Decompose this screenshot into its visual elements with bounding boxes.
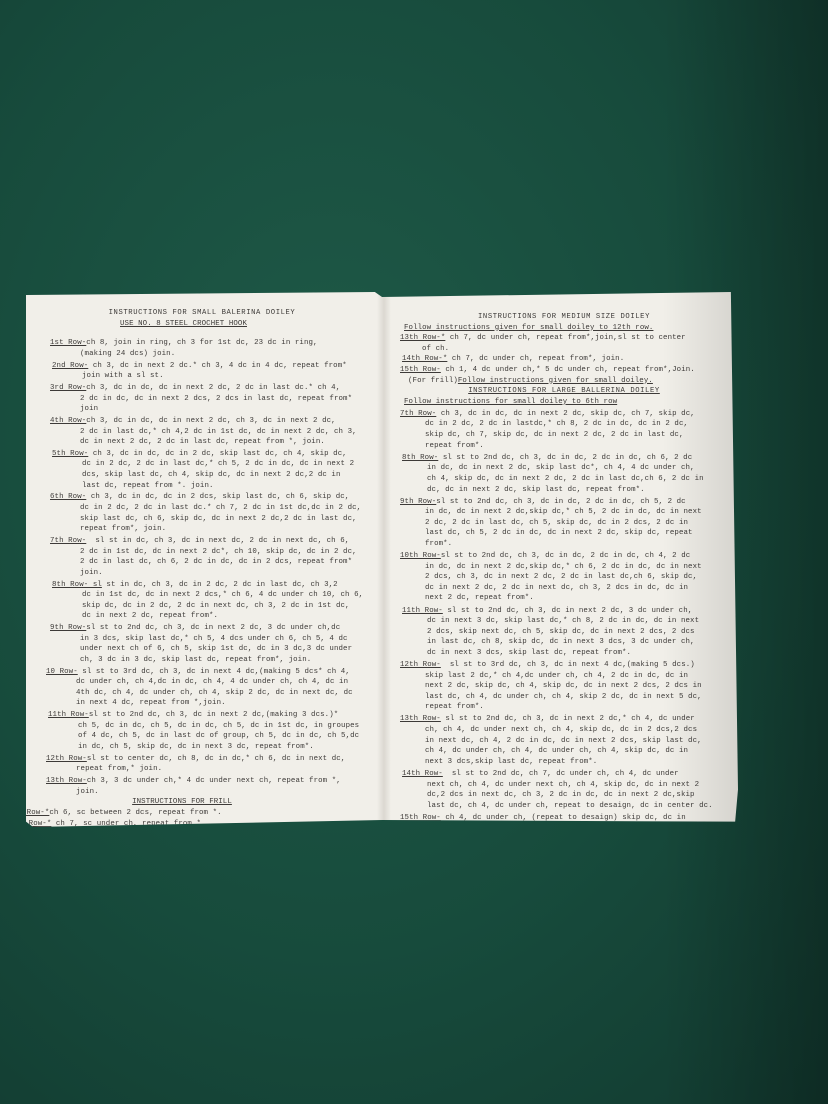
row-label: 7th Row- [50, 537, 86, 545]
instruction-row: 9th Row-sl st to 2nd dc, ch 3, dc in dc,… [400, 497, 738, 550]
row-continuation: skip dc, ch 7, skip dc, dc in next 2 dc,… [425, 430, 738, 441]
row-label: 7th Row- [400, 410, 436, 418]
row-label: 15th Row- [400, 814, 441, 822]
row-label: 3rd Row- [50, 384, 86, 392]
row-continuation: next 2 dc, 2 dc in next dc,ch 3, 2 dc un… [425, 823, 738, 834]
row-continuation: dc in next 2 dc, 2 dc in next dc, ch 3, … [425, 583, 738, 594]
row-text: ch 6, sc between 2 dcs, repeat from *. [49, 809, 221, 817]
row-continuation: last dc, ch 4, dc under ch, ch 4, skip 2… [425, 692, 738, 703]
row-label: 14th Row-* [402, 355, 447, 363]
instruction-row: 12th Row- sl st to 3rd dc, ch 3, dc in n… [400, 660, 738, 713]
instruction-row: 3rd Row-ch 3, dc in dc, dc in next 2 dc,… [50, 383, 378, 415]
row-continuation: join [80, 404, 378, 415]
medium-intro: Follow instructions given for small doil… [404, 324, 653, 332]
instruction-row: 10th Row-sl st to 2nd dc, ch 3, dc in dc… [400, 551, 738, 604]
row-text: ch 3, dc in dc, dc in next 2 dc, skip dc… [436, 410, 695, 418]
row-continuation: 4th dc, ch 4, dc under ch, ch 4, skip 2 … [76, 688, 378, 699]
row-continuation: dc, dc in next 2 dc, skip last dc, repea… [427, 485, 738, 496]
instruction-row: 8th Row- sl st in dc, ch 3, dc in 2 dc, … [52, 580, 378, 622]
row-continuation: dc under ch, ch 4,dc in dc, ch 4, 4 dc u… [76, 677, 378, 688]
row-label: 13th Row- [46, 777, 87, 785]
row-continuation: in next dc, ch 4, 2 dc in dc, dc in next… [425, 736, 738, 747]
row-continuation: thread. [54, 861, 378, 872]
row-text: sl st to 2nd dc, ch 3, dc in next 2 dc,(… [89, 711, 338, 719]
instruction-row: 14th Row- sl st to 2nd dc, ch 7, dc unde… [402, 769, 738, 811]
row-text: ch 7, dc under ch, repeat from*,join,sl … [445, 334, 685, 342]
row-continuation: in 3 dcs, skip last dc,* ch 5, 4 dcs und… [80, 634, 378, 645]
row-continuation: 2 dcs, ch 3, dc in next 2 dc, 2 dc in la… [425, 572, 738, 583]
row-label: 20th Row to 22nd row-* [6, 851, 106, 859]
row-continuation: in dc, ch 5, skip dc, dc in next 3 dc, r… [78, 742, 378, 753]
row-continuation: dc in next 3 dcs, skip last dc, repeat f… [427, 648, 738, 659]
row-continuation: last dc, ch 5, 2 dc in dc, dc in next 2 … [425, 528, 738, 539]
row-text: sl st to 2nd dc, ch 3, dc in next 2 dc, … [86, 624, 340, 632]
row-continuation: 3 dc under ch, dc in next 3 dcs, skip la… [421, 857, 738, 868]
row-continuation: dc in next 2 dc, 2 dc in last dc, repeat… [80, 437, 378, 448]
row-continuation: 2 dc in dc, dc in next 2 dcs, 2 dcs in l… [80, 394, 378, 405]
row-text: sl st to 3rd dc, ch 3, dc in next 4 dc,(… [441, 661, 695, 669]
row-continuation: in next 4 dc, repeat from *,join. [76, 698, 378, 709]
row-text: sl st to center dc, ch 8, dc in dc,* ch … [87, 755, 346, 763]
row-text: ch 4, dc under ch, (repear to desaign)sk… [437, 847, 705, 855]
row-text: ch 3, dc in dc, dc in 2 dcs, skip last d… [86, 493, 349, 501]
row-continuation: dc in 2 dc, 2 dc in last dc,* ch 5, 2 dc… [82, 459, 378, 470]
row-label: 14th Row-* [4, 809, 49, 817]
instruction-row: 10 Row- sl st to 3rd dc, ch 3, dc in nex… [46, 667, 378, 709]
row-label: 12th Row- [400, 661, 441, 669]
row-label: 5th Row- [52, 450, 88, 458]
instruction-row: 11th Row-sl st to 2nd dc, ch 3, dc in ne… [48, 710, 378, 752]
row-continuation: dc in next 2 dc, repeat from*. [82, 611, 378, 622]
row-text: sl st to 2nd dc, ch 3, dc in dc, 2 dc in… [438, 454, 692, 462]
row-label: 16th Row- [396, 847, 437, 855]
row-continuation: 2 dc in last dc,* ch 4,2 dc in 1st dc, d… [80, 427, 378, 438]
row-continuation: join with a sl st. [82, 371, 378, 382]
row-continuation: dc in 2 dc, 2 dc in lastdc,* ch 8, 2 dc … [425, 419, 738, 430]
instruction-row: 16th Row- ch 4, dc under ch, (repear to … [396, 846, 738, 878]
row-continuation: last dc, ch 4, dc under ch, repeat to de… [427, 801, 738, 812]
row-label: 8th Row- sl [52, 581, 102, 589]
row-text: sl st to 3rd dc, ch 3, dc in next 4 dc,(… [78, 668, 350, 676]
row-text: ch 7, sc under ch, repeat from *. [51, 820, 205, 828]
frill-heading: INSTRUCTIONS FOR FRILL [132, 798, 232, 806]
row-continuation: next ch, ch 4, dc under next ch, ch 4, s… [427, 780, 738, 791]
instruction-row: 9th Row-sl st to 2nd dc, ch 3, dc in nex… [50, 623, 378, 665]
frill-note-prefix: (For frill) [408, 377, 458, 385]
row-label: 18th Row to 19th row-* [4, 841, 104, 849]
instruction-row: 8th Row- sl st to 2nd dc, ch 3, dc in dc… [402, 453, 738, 495]
instruction-row: 12th Row-sl st to center dc, ch 8, dc in… [46, 754, 378, 775]
instruction-row: 14th Row-* ch 7, dc under ch, repeat fro… [402, 354, 738, 365]
row-continuation: from*. [425, 539, 738, 550]
left-page: INSTRUCTIONS FOR SMALL BALERINA DOILEY U… [26, 292, 378, 872]
row-continuation: in dc, dc in next 2 dc,skip dc,* ch 5, 2… [425, 507, 738, 518]
row-continuation: of 4 dc, ch 5, dc in last dc of group, c… [78, 731, 378, 742]
large-doiley-rows: 7th Row- ch 3, dc in dc, dc in next 2 dc… [390, 409, 738, 878]
row-label: 2nd Row- [52, 362, 88, 370]
row-text: ch 3, dc in dc, dc in next 2 dc, ch 3, d… [86, 417, 335, 425]
row-label: 15th Row-* [6, 820, 51, 828]
row-label: 10th Row- [400, 552, 441, 560]
frill-rows: 14th Row-*ch 6, sc between 2 dcs, repeat… [26, 808, 378, 872]
instruction-row: 7th Row- sl st in dc, ch 3, dc in next d… [50, 536, 378, 578]
row-text: ch 8, sc under ch, repeat from*. [99, 830, 249, 838]
row-label: 12th Row- [46, 755, 87, 763]
instruction-row: 2nd Row- ch 3, dc in next 2 dc.* ch 3, 4… [52, 361, 378, 382]
row-text: sl st to 2nd dc, ch 3, dc in dc, 2 dc in… [436, 498, 685, 506]
instruction-row: 15th Row- ch 4, dc under ch, (repeat to … [400, 813, 738, 845]
row-continuation: dcs, skip last dc, ch 4, skip dc, dc in … [82, 470, 378, 481]
hook-instruction: USE NO. 8 STEEL CROCHET HOOK [120, 320, 247, 328]
row-continuation: ch 5, dc in dc, ch 5, dc in dc, ch 5, dc… [78, 721, 378, 732]
instruction-row: 20th Row to 22nd row-* ch 10, sc under c… [6, 850, 378, 871]
medium-doiley-rows: 13th Row-* ch 7, dc under ch, repeat fro… [390, 333, 738, 375]
row-text: ch 8, join in ring, ch 3 for 1st dc, 23 … [86, 339, 317, 347]
row-continuation: ch, 3 dc in 3 dc, skip last dc, repeat f… [80, 655, 378, 666]
row-text: sl st to 2nd dc, ch 3, dc in next 2 dc, … [443, 607, 692, 615]
row-text: sl st in dc, ch 3, dc in next dc, 2 dc i… [86, 537, 349, 545]
instruction-row: 13th Row-ch 3, 3 dc under ch,* 4 dc unde… [46, 776, 378, 797]
instruction-row: 5th Row- ch 3, dc in dc, dc in 2 dc, ski… [52, 449, 378, 491]
row-text: sl st to 2nd dc, ch 3, dc in dc, 2 dc in… [441, 552, 690, 560]
row-continuation: repeat from*. [425, 702, 738, 713]
row-label: 8th Row- [402, 454, 438, 462]
row-continuation: dcs,skip last dc, ch 4, repeat. [425, 834, 738, 845]
instruction-row: 18th Row to 19th row-* ch 9, sc under ch… [4, 840, 378, 851]
small-doiley-rows: 1st Row-ch 8, join in ring, ch 3 for 1st… [26, 338, 378, 797]
row-continuation: of ch. [422, 344, 738, 355]
row-continuation: in last dc, ch 8, skip dc, dc in next 3 … [427, 637, 738, 648]
row-text: st in dc, ch 3, dc in 2 dc, 2 dc in last… [102, 581, 338, 589]
instruction-row: 4th Row-ch 3, dc in dc, dc in next 2 dc,… [50, 416, 378, 448]
row-continuation: dc in next 3 dc, skip last dc,* ch 8, 2 … [427, 616, 738, 627]
row-continuation: join. [76, 787, 378, 798]
large-doiley-title: INSTRUCTIONS FOR LARGE BALLERINA DOILEY [468, 387, 660, 395]
row-continuation: dc in 2 dc, 2 dc in last dc.* ch 7, 2 dc… [80, 503, 378, 514]
row-continuation: join. [80, 568, 378, 579]
row-continuation: repeat from*, join. [80, 524, 378, 535]
row-label: 13th Row- [400, 715, 441, 723]
instruction-row: 7th Row- ch 3, dc in dc, dc in next 2 dc… [400, 409, 738, 451]
row-continuation: next 3 dcs,skip last dc, repeat from*. [425, 757, 738, 768]
row-text: ch 3, 3 dc under ch,* 4 dc under next ch… [87, 777, 341, 785]
row-label: 9th Row- [50, 624, 86, 632]
instruction-row: 11th Row- sl st to 2nd dc, ch 3, dc in n… [402, 606, 738, 659]
row-continuation: (making 24 dcs) join. [80, 349, 378, 360]
row-text: sl st to 2nd dc, ch 3, dc in next 2 dc,*… [441, 715, 695, 723]
row-continuation: 2 dc in last dc, ch 6, 2 dc in dc, dc in… [80, 557, 378, 568]
row-text: ch 3, dc in next 2 dc.* ch 3, 4 dc in 4 … [88, 362, 347, 370]
row-text: ch 3, dc in dc, dc in 2 dc, skip last dc… [88, 450, 347, 458]
large-intro: Follow instructions for small doiley to … [404, 398, 617, 406]
row-continuation: skip last 2 dc,* ch 4,dc under ch, ch 4,… [425, 671, 738, 682]
instruction-row: 14th Row-*ch 6, sc between 2 dcs, repeat… [4, 808, 378, 819]
row-continuation: under next ch of 6, ch 5, skip 1st dc, d… [80, 644, 378, 655]
row-continuation: last dc, repeat from *. join. [82, 481, 378, 492]
row-continuation: repeat from,* join. [76, 764, 378, 775]
instruction-row: 15th Row-* ch 7, sc under ch, repeat fro… [6, 819, 378, 830]
row-continuation: next 2 dc, skip dc, ch 4, skip dc, dc in… [425, 681, 738, 692]
row-continuation: ch 4, dc under ch, ch 4, dc under ch, ch… [425, 746, 738, 757]
row-continuation: dc,2 dcs in next dc, ch 3, 2 dc in dc, d… [427, 790, 738, 801]
right-page: INSTRUCTIONS FOR MEDIUM SIZE DOILEY Foll… [390, 292, 738, 878]
row-label: 15th Row- [400, 366, 441, 374]
row-text: ch 7, dc under ch, repeat from*, join. [447, 355, 624, 363]
instruction-row: 6th Row- ch 3, dc in dc, dc in 2 dcs, sk… [50, 492, 378, 534]
row-continuation: 2 dcs, skip next dc, ch 5, skip dc, dc i… [427, 627, 738, 638]
row-text: ch 9, sc under ch, repeat from*. [104, 841, 254, 849]
row-text: sl st to 2nd dc, ch 7, dc under ch, ch 4… [443, 770, 679, 778]
row-text: ch 1, 4 dc under ch,* 5 dc under ch, rep… [441, 366, 695, 374]
row-label: 4th Row- [50, 417, 86, 425]
frill-note: Follow instructions given for small doil… [458, 377, 653, 385]
row-continuation: skip last dc, ch 6, skip dc, dc in next … [80, 514, 378, 525]
row-label: 9th Row- [400, 498, 436, 506]
instruction-row: 1st Row-ch 8, join in ring, ch 3 for 1st… [50, 338, 378, 359]
row-text: ch 4, dc under ch, (repeat to desaign) s… [441, 814, 686, 822]
row-continuation: ch, ch 4, dc under next ch, ch 4, skip d… [425, 725, 738, 736]
medium-doiley-title: INSTRUCTIONS FOR MEDIUM SIZE DOILEY [390, 312, 738, 323]
row-label: 14th Row- [402, 770, 443, 778]
row-label: 10 Row- [46, 668, 78, 676]
small-doiley-title: INSTRUCTIONS FOR SMALL BALERINA DOILEY [26, 308, 378, 319]
row-label: 16th Row-to 17th row- [4, 830, 99, 838]
row-label: 1st Row- [50, 339, 86, 347]
instruction-row: 16th Row-to 17th row- ch 8, sc under ch,… [4, 829, 378, 840]
row-label: 11th Row- [402, 607, 443, 615]
row-continuation: in dc, dc in next 2 dc, skip last dc*, c… [427, 463, 738, 474]
row-continuation: 2 dc in 1st dc, dc in next 2 dc*, ch 10,… [80, 547, 378, 558]
row-continuation: dc in 1st dc, dc in next 2 dcs,* ch 6, 4… [82, 590, 378, 601]
row-label: 6th Row- [50, 493, 86, 501]
row-continuation: next 2 dc, repeat from*. [425, 593, 738, 604]
row-continuation: ch 4, skip dc, dc in next 2 dc, 2 dc in … [427, 474, 738, 485]
row-continuation: ch, repeat. [421, 867, 738, 878]
page-fold [377, 292, 391, 827]
row-continuation: skip dc, dc in 2 dc, 2 dc in next dc, ch… [82, 601, 378, 612]
crochet-instruction-sheet: INSTRUCTIONS FOR SMALL BALERINA DOILEY U… [26, 292, 738, 827]
row-continuation: in dc, dc in next 2 dc,skip dc,* ch 6, 2… [425, 562, 738, 573]
instruction-row: 13th Row-* ch 7, dc under ch, repeat fro… [400, 333, 738, 354]
row-text: ch 10, sc under ch, repeat from, * cut [106, 851, 287, 859]
row-text: ch 3, dc in dc, dc in next 2 dc, 2 dc in… [86, 384, 340, 392]
instruction-row: 15th Row- ch 1, 4 dc under ch,* 5 dc und… [400, 365, 738, 376]
row-continuation: repeat from*. [425, 441, 738, 452]
row-continuation: 2 dc, 2 dc in last dc, ch 5, skip dc, dc… [425, 518, 738, 529]
row-label: 11th Row- [48, 711, 89, 719]
instruction-row: 13th Row- sl st to 2nd dc, ch 3, dc in n… [400, 714, 738, 767]
row-label: 13th Row-* [400, 334, 445, 342]
